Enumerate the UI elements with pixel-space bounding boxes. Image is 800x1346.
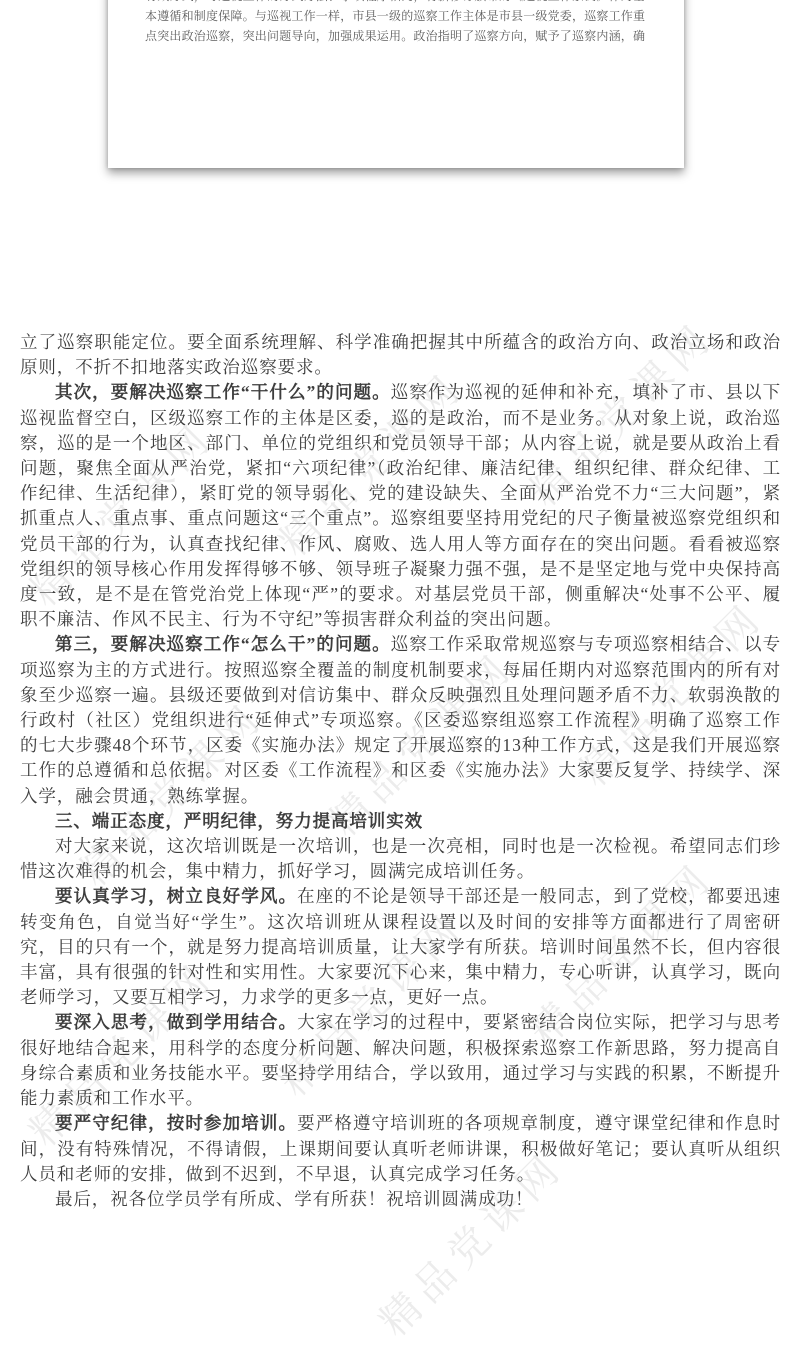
preview-line: 本遵循和制度保障。与巡视工作一样，市县一级的巡察工作主体是市县一级党委，巡察工作… — [145, 6, 647, 26]
paragraph-lead: 要认真学习，树立良好学风。 — [55, 886, 297, 906]
section-heading-text: 三、端正态度，严明纪律，努力提高培训实效 — [55, 811, 423, 831]
paragraph-text: 立了巡察职能定位。要全面系统理解、科学准确把握其中所蕴含的政治方向、政治立场和政… — [20, 332, 781, 377]
article-body: 立了巡察职能定位。要全面系统理解、科学准确把握其中所蕴含的政治方向、政治立场和政… — [20, 330, 781, 1212]
paragraph-secondly: 其次，要解决巡察工作“干什么”的问题。巡察作为巡视的延伸和补充，填补了市、县以下… — [20, 380, 781, 632]
paragraph-study-hard: 要认真学习，树立良好学风。在座的不论是领导干部还是一般同志，到了党校，都要迅速转… — [20, 884, 781, 1010]
paragraph-text: 巡察作为巡视的延伸和补充，填补了市、县以下巡视监督空白，区级巡察工作的主体是区委… — [20, 382, 781, 629]
paragraph-lead: 要严守纪律，按时参加培训。 — [55, 1113, 297, 1133]
paragraph-continuation: 立了巡察职能定位。要全面系统理解、科学准确把握其中所蕴含的政治方向、政治立场和政… — [20, 330, 781, 380]
paragraph-text: 最后，祝各位学员学有所成、学有所获！祝培训圆满成功！ — [55, 1189, 533, 1209]
paragraph-text: 对大家来说，这次培训既是一次培训，也是一次亮相，同时也是一次检视。希望同志们珍惜… — [20, 836, 781, 881]
paragraph-text: 巡察工作采取常规巡察与专项巡察相结合、以专项巡察为主的方式进行。按照巡察全覆盖的… — [20, 634, 781, 805]
document-preview-page: 有效方式，与巡视工作的方式方法、事项程序相同，将新修订颁布的《巡视工作条例》作为… — [108, 0, 684, 168]
paragraph-lead: 要深入思考，做到学用结合。 — [55, 1012, 297, 1032]
document-preview-text: 有效方式，与巡视工作的方式方法、事项程序相同，将新修订颁布的《巡视工作条例》作为… — [108, 0, 684, 46]
paragraph: 对大家来说，这次培训既是一次培训，也是一次亮相，同时也是一次检视。希望同志们珍惜… — [20, 834, 781, 884]
section-heading: 三、端正态度，严明纪律，努力提高培训实效 — [20, 809, 781, 834]
paragraph-lead: 其次，要解决巡察工作“干什么”的问题。 — [55, 382, 391, 402]
paragraph-lead: 第三，要解决巡察工作“怎么干”的问题。 — [55, 634, 391, 654]
paragraph-closing: 最后，祝各位学员学有所成、学有所获！祝培训圆满成功！ — [20, 1187, 781, 1212]
paragraph-deep-thinking: 要深入思考，做到学用结合。大家在学习的过程中，要紧密结合岗位实际，把学习与思考很… — [20, 1010, 781, 1111]
paragraph-thirdly: 第三，要解决巡察工作“怎么干”的问题。巡察工作采取常规巡察与专项巡察相结合、以专… — [20, 632, 781, 808]
preview-line: 点突出政治巡察，突出问题导向，加强成果运用。政治指明了巡察方向，赋予了巡察内涵，… — [145, 26, 647, 46]
paragraph-discipline: 要严守纪律，按时参加培训。要严格遵守培训班的各项规章制度，遵守课堂纪律和作息时间… — [20, 1111, 781, 1187]
